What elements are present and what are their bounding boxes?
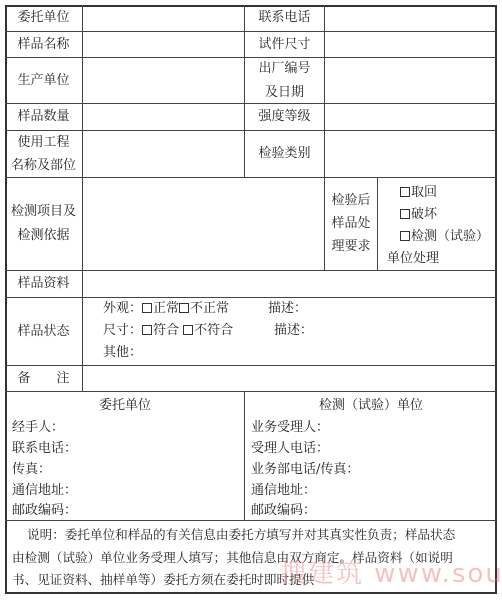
sample-quantity-field[interactable] [83,104,245,131]
note-section: 说明：委托单位和样品的有关信息由委托方填写并对其真实性负责；样品状态 由检测（试… [5,521,497,594]
strength-grade-field[interactable] [325,104,497,131]
note-line-3: 书、见证资料、抽样单等）委托方须在委托时即时提供 [12,570,314,590]
checkbox-icon[interactable] [183,325,193,335]
sample-state-field: 外观：正常不正常 描述： 尺寸：符合 不符合 描述： 其他： [83,298,497,366]
remarks-field[interactable] [83,366,497,392]
label-factory-no-date: 出厂编号 及日期 [245,58,325,104]
label-sample-docs: 样品资料 [5,271,83,298]
label-line: 理要求 [331,237,370,257]
lab-dept-phone-fax: 业务部电话/传真： [251,460,359,480]
label-contact-phone: 联系电话 [245,5,325,32]
label-manufacturer: 生产单位 [5,58,83,104]
label-test-type: 检验类别 [245,131,325,178]
checkbox-icon[interactable] [400,209,410,219]
sample-name-field[interactable] [83,32,245,58]
label-line: 出厂编号 [258,59,310,79]
lab-section-title: 检测（试验）单位 [245,396,497,416]
appearance-describe: 描述： [268,299,307,319]
size-describe: 描述： [274,321,313,341]
manufacturer-field[interactable] [83,58,245,104]
label-project-location: 使用工程 名称及部位 [5,131,83,178]
lab-postcode: 邮政编码： [251,501,316,521]
label-sample-state: 样品状态 [5,298,83,366]
client-fax: 传真： [12,460,51,480]
label-line: 检验后 [331,191,370,211]
note-line-2: 由检测（试验）单位业务受理人填写；其他信息由双方商定。样品资料（如说明 [12,548,453,568]
label-client-unit: 委托单位 [5,5,83,32]
handling-options: 取回 破坏 检测（试验） 单位处理 [378,178,497,271]
lab-address: 通信地址： [251,481,316,501]
label-sample-quantity: 样品数量 [5,104,83,131]
sample-docs-field[interactable] [83,271,497,298]
client-postcode: 邮政编码： [12,501,77,521]
label-post-test-handling: 检验后 样品处 理要求 [325,178,378,271]
other-line: 其他： [103,343,142,363]
client-unit-field[interactable] [83,5,245,32]
size-line: 尺寸：符合 不符合 [103,321,233,341]
note-line-1: 说明：委托单位和样品的有关信息由委托方填写并对其真实性负责；样品状态 [27,525,455,545]
lab-receiver: 业务受理人： [251,418,329,438]
contact-phone-field[interactable] [325,5,497,32]
label-line: 及日期 [265,83,304,103]
specimen-size-field[interactable] [325,32,497,58]
checkbox-icon[interactable] [179,303,189,313]
label-specimen-size: 试件尺寸 [245,32,325,58]
factory-no-date-field[interactable] [325,58,497,104]
checkbox-icon[interactable] [142,303,152,313]
appearance-line: 外观：正常不正常 [103,299,229,319]
option-destroy[interactable]: 破坏 [400,205,437,225]
label-remarks: 备 注 [5,366,83,392]
test-type-field[interactable] [325,131,497,178]
client-address: 通信地址： [12,481,77,501]
label-line: 检测项目及 [11,202,76,222]
lab-receiver-phone: 受理人电话： [251,439,329,459]
client-phone: 联系电话： [12,439,77,459]
test-items-field[interactable] [83,178,325,271]
project-location-field[interactable] [83,131,245,178]
label-test-items: 检测项目及 检测依据 [5,178,83,271]
label-strength-grade: 强度等级 [245,104,325,131]
lab-section: 检测（试验）单位 业务受理人： 受理人电话： 业务部电话/传真： 通信地址： 邮… [245,392,497,521]
option-lab-handle[interactable]: 检测（试验） [400,227,489,247]
label-line: 使用工程 [17,133,69,153]
label-sample-name: 样品名称 [5,32,83,58]
option-lab-handle-cont: 单位处理 [387,249,439,269]
label-line: 名称及部位 [11,156,76,176]
client-section-title: 委托单位 [5,396,245,416]
label-line: 样品处 [331,214,370,234]
client-section: 委托单位 经手人： 联系电话： 传真： 通信地址： 邮政编码： [5,392,245,521]
label-line: 检测依据 [17,226,69,246]
checkbox-icon[interactable] [142,325,152,335]
checkbox-icon[interactable] [400,231,410,241]
client-handler: 经手人： [12,418,64,438]
checkbox-icon[interactable] [400,187,410,197]
option-retrieve[interactable]: 取回 [400,183,437,203]
